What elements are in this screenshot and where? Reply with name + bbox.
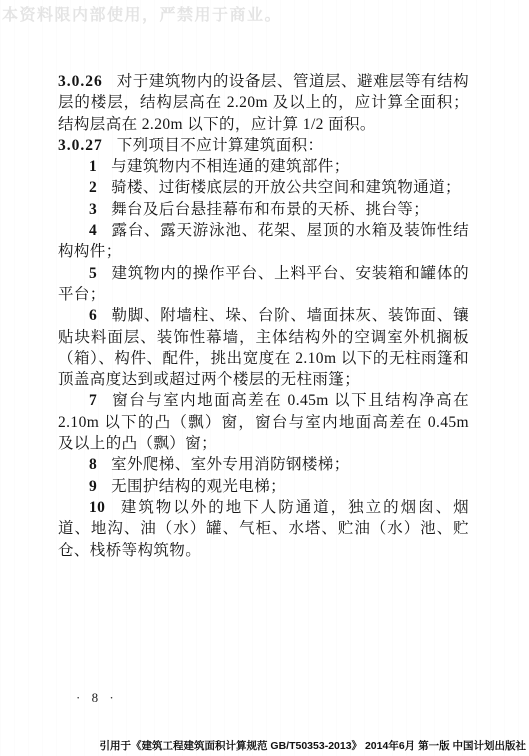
document-page: 本资料限内部使用，严禁用于商业。 3.0.26对于建筑物内的设备层、管道层、避难… (0, 0, 529, 756)
footer-citation: 引用于《建筑工程建筑面积计算规范 GB/T50353-2013》 2014年6月… (100, 738, 527, 753)
item-number: 9 (89, 478, 97, 495)
item-number: 1 (89, 158, 97, 175)
body-text: 3.0.26对于建筑物内的设备层、管道层、避难层等有结构层的楼层，结构层高在 2… (58, 71, 469, 561)
item-text: 骑楼、过街楼底层的开放公共空间和建筑物通道； (111, 179, 461, 196)
item-number: 7 (89, 392, 97, 409)
list-item-3: 3舞台及后台悬挂幕布和布景的天桥、挑台等； (58, 199, 469, 220)
item-text: 露台、露天游泳池、花架、屋顶的水箱及装饰性结构构件； (58, 222, 469, 260)
list-item-5: 5建筑物内的操作平台、上料平台、安装箱和罐体的平台； (58, 263, 469, 306)
clause-number: 3.0.27 (58, 137, 103, 154)
item-text: 建筑物以外的地下人防通道，独立的烟囱、烟道、地沟、油（水）罐、气柜、水塔、贮油（… (58, 499, 469, 559)
internal-use-watermark: 本资料限内部使用，严禁用于商业。 (2, 2, 282, 25)
list-item-6: 6勒脚、附墙柱、垛、台阶、墙面抹灰、装饰面、镶贴块料面层、装饰性幕墙，主体结构外… (58, 305, 469, 390)
clause-text: 对于建筑物内的设备层、管道层、避难层等有结构层的楼层，结构层高在 2.20m 及… (58, 73, 469, 133)
clause-3-0-26: 3.0.26对于建筑物内的设备层、管道层、避难层等有结构层的楼层，结构层高在 2… (58, 71, 469, 135)
item-text: 舞台及后台悬挂幕布和布景的天桥、挑台等； (111, 201, 429, 218)
item-number: 4 (89, 222, 97, 239)
item-number: 2 (89, 179, 97, 196)
item-text: 窗台与室内地面高差在 0.45m 以下且结构净高在 2.10m 以下的凸（飘）窗… (58, 392, 469, 452)
item-number: 6 (89, 307, 97, 324)
item-text: 室外爬梯、室外专用消防钢楼梯； (111, 456, 350, 473)
list-item-9: 9无围护结构的观光电梯； (58, 476, 469, 497)
item-number: 8 (89, 456, 97, 473)
item-text: 与建筑物内不相连通的建筑部件； (111, 158, 350, 175)
clause-number: 3.0.26 (58, 73, 103, 90)
item-text: 无围护结构的观光电梯； (111, 478, 286, 495)
list-item-1: 1与建筑物内不相连通的建筑部件； (58, 156, 469, 177)
list-item-10: 10建筑物以外的地下人防通道，独立的烟囱、烟道、地沟、油（水）罐、气柜、水塔、贮… (58, 497, 469, 561)
clause-text: 下列项目不应计算建筑面积： (117, 137, 324, 154)
item-number: 3 (89, 201, 97, 218)
list-item-7: 7窗台与室内地面高差在 0.45m 以下且结构净高在 2.10m 以下的凸（飘）… (58, 390, 469, 454)
item-text: 勒脚、附墙柱、垛、台阶、墙面抹灰、装饰面、镶贴块料面层、装饰性幕墙，主体结构外的… (58, 307, 469, 388)
list-item-4: 4露台、露天游泳池、花架、屋顶的水箱及装饰性结构构件； (58, 220, 469, 263)
item-text: 建筑物内的操作平台、上料平台、安装箱和罐体的平台； (58, 265, 469, 303)
list-item-2: 2骑楼、过街楼底层的开放公共空间和建筑物通道； (58, 177, 469, 198)
page-number: · 8 · (76, 690, 118, 706)
item-number: 5 (89, 265, 97, 282)
item-number: 10 (89, 499, 105, 516)
list-item-8: 8室外爬梯、室外专用消防钢楼梯； (58, 454, 469, 475)
clause-3-0-27: 3.0.27下列项目不应计算建筑面积： (58, 135, 469, 156)
